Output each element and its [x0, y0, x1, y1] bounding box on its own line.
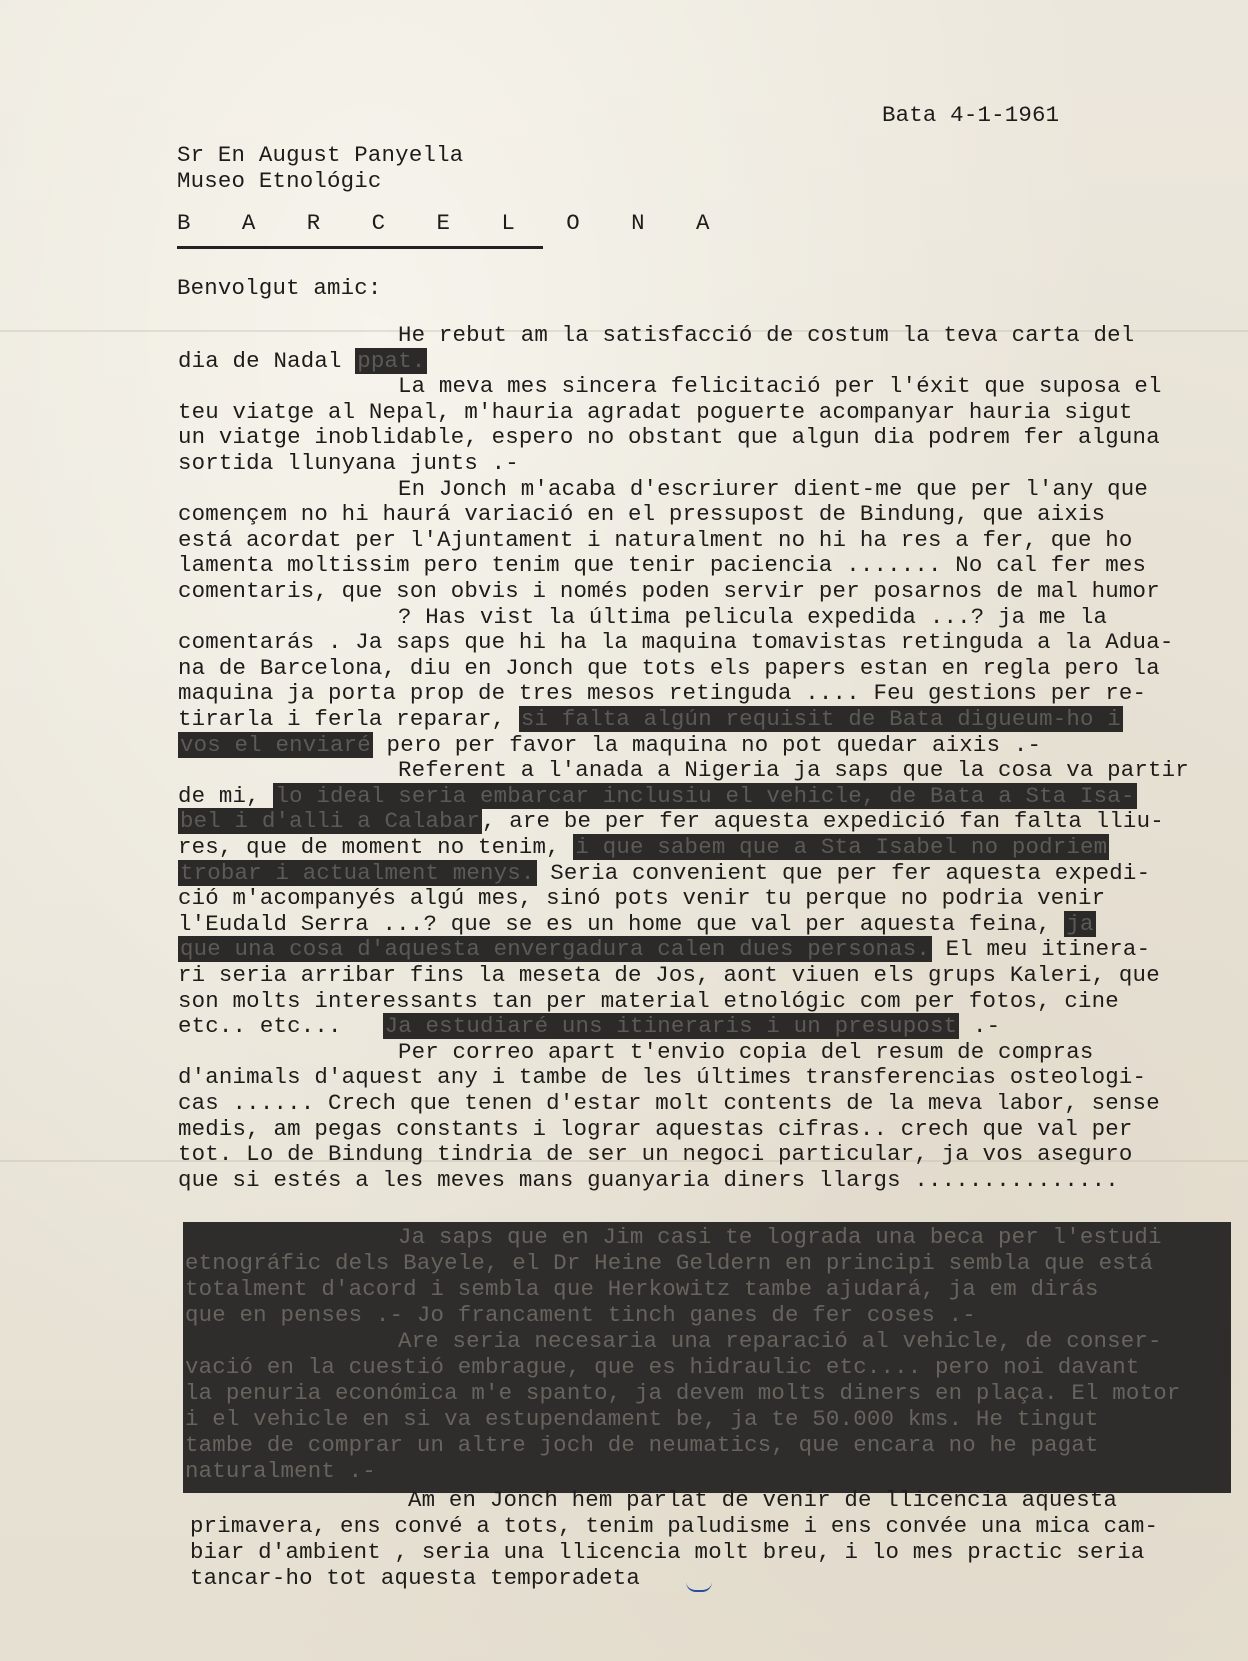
line-text: , are be per fer aquesta expedició fan f…	[482, 808, 1164, 834]
line-text: dia de Nadal	[178, 348, 355, 374]
closing-line: tancar-ho tot aquesta temporadeta	[190, 1565, 640, 1591]
closing-line: Am en Jonch hem parlat de venir de llice…	[408, 1487, 1117, 1513]
redacted-text: ja	[1064, 911, 1095, 937]
line-text: cas ...... Crech que tenen d'estar molt …	[178, 1090, 1160, 1116]
closing-line: primavera, ens convé a tots, tenim palud…	[190, 1513, 1158, 1539]
letter-line: ció m'acompanyés algú mes, sinó pots ven…	[178, 885, 1105, 911]
line-text: na de Barcelona, diu en Jonch que tots e…	[178, 655, 1160, 681]
line-text: ció m'acompanyés algú mes, sinó pots ven…	[178, 885, 1105, 911]
redacted-text: lo ideal seria embarcar inclusiu el vehi…	[273, 783, 1136, 809]
redacted-line: i el vehicle en si va estupendament be, …	[185, 1406, 1099, 1432]
letter-line: res, que de moment no tenim, i que sabem…	[178, 834, 1109, 860]
letter-line: ? Has vist la última pelicula expedida .…	[398, 604, 1107, 630]
letter-line: medis, am pegas constants i lograr aques…	[178, 1116, 1133, 1142]
line-text: tot. Lo de Bindung tindria de ser un neg…	[178, 1141, 1133, 1167]
letter-line: Per correo apart t'envio copia del resum…	[398, 1039, 1093, 1065]
line-text: comentaris, que son obvis i només poden …	[178, 578, 1160, 604]
letter-line: un viatge inoblidable, espero no obstant…	[178, 424, 1160, 450]
line-text: l'Eudald Serra ...? que se es un home qu…	[178, 911, 1064, 937]
letter-line: sortida llunyana junts .-	[178, 450, 519, 476]
letter-line: teu viatge al Nepal, m'hauria agradat po…	[178, 399, 1133, 425]
line-text: ri seria arribar fins la meseta de Jos, …	[178, 962, 1160, 988]
redacted-text: vos el enviaré	[178, 732, 373, 758]
letter-line: son molts interessants tan per material …	[178, 988, 1119, 1014]
redacted-line: totalment d'acord i sembla que Herkowitz…	[185, 1276, 1099, 1302]
redacted-text: trobar i actualment menys.	[178, 860, 537, 886]
line-text: que si estés a les meves mans guanyaria …	[178, 1167, 1119, 1193]
letter-line: que si estés a les meves mans guanyaria …	[178, 1167, 1119, 1193]
letter-line: d'animals d'aquest any i tambe de les úl…	[178, 1064, 1146, 1090]
redacted-text: Ja estudiaré uns itineraris i un presupo…	[383, 1013, 960, 1039]
line-text: medis, am pegas constants i lograr aques…	[178, 1116, 1133, 1142]
line-text: ? Has vist la última pelicula expedida .…	[398, 604, 1107, 630]
letter-line: que una cosa d'aquesta envergadura calen…	[178, 936, 1150, 962]
address-underline	[177, 246, 543, 249]
letter-line: comentaris, que son obvis i només poden …	[178, 578, 1160, 604]
line-text: un viatge inoblidable, espero no obstant…	[178, 424, 1160, 450]
letter-line: está acordat per l'Ajuntament i naturalm…	[178, 527, 1133, 553]
letter-line: de mi, lo ideal seria embarcar inclusiu …	[178, 783, 1137, 809]
line-text: He rebut am la satisfacció de costum la …	[398, 322, 1134, 348]
place-date: Bata 4-1-1961	[882, 102, 1059, 128]
redacted-line: naturalment .-	[185, 1458, 376, 1484]
letter-line: La meva mes sincera felicitació per l'éx…	[398, 373, 1162, 399]
recipient-name: Sr En August Panyella	[177, 142, 463, 168]
redacted-text: si falta algún requisit de Bata digueum-…	[519, 706, 1123, 732]
letter-line: ri seria arribar fins la meseta de Jos, …	[178, 962, 1160, 988]
line-text: son molts interessants tan per material …	[178, 988, 1119, 1014]
letter-line: l'Eudald Serra ...? que se es un home qu…	[178, 911, 1096, 937]
closing-line: biar d'ambient , seria una llicencia mol…	[190, 1539, 1145, 1565]
letter-line: maquina ja porta prop de tres mesos reti…	[178, 680, 1146, 706]
line-text: començem no hi haurá variació en el pres…	[178, 501, 1105, 527]
redacted-line: la penuria económica m'e spanto, ja deve…	[185, 1380, 1180, 1406]
letter-line: dia de Nadal ppat.	[178, 348, 427, 374]
line-text: maquina ja porta prop de tres mesos reti…	[178, 680, 1146, 706]
line-text: En Jonch m'acaba d'escriurer dient-me qu…	[398, 476, 1148, 502]
line-text: tirarla i ferla reparar,	[178, 706, 519, 732]
line-text: Seria convenient que per fer aquesta exp…	[537, 860, 1151, 886]
line-text: sortida llunyana junts .-	[178, 450, 519, 476]
redacted-text: que una cosa d'aquesta envergadura calen…	[178, 936, 932, 962]
line-text: está acordat per l'Ajuntament i naturalm…	[178, 527, 1133, 553]
line-text: El meu itinera-	[932, 936, 1150, 962]
line-text: .-	[959, 1013, 1000, 1039]
redacted-line: etnográfic dels Bayele, el Dr Heine Geld…	[185, 1250, 1153, 1276]
line-text: etc.. etc...	[178, 1013, 383, 1039]
line-text: de mi,	[178, 783, 273, 809]
line-text: res, que de moment no tenim,	[178, 834, 573, 860]
letter-line: començem no hi haurá variació en el pres…	[178, 501, 1105, 527]
redacted-text: bel i d'alli a Calabar	[178, 808, 482, 834]
redacted-text: ppat.	[355, 348, 427, 374]
line-text: Referent a l'anada a Nigeria ja saps que…	[398, 757, 1189, 783]
recipient-city: B A R C E L O N A	[177, 210, 728, 236]
letter-line: lamenta moltissim pero tenim que tenir p…	[178, 552, 1146, 578]
salutation: Benvolgut amic:	[177, 275, 382, 301]
letter-line: na de Barcelona, diu en Jonch que tots e…	[178, 655, 1160, 681]
line-text: pero per favor la maquina no pot quedar …	[373, 732, 1041, 758]
letter-line: vos el enviaré pero per favor la maquina…	[178, 732, 1041, 758]
redacted-line: vació en la cuestió embrague, que es hid…	[185, 1354, 1140, 1380]
letter-line: tot. Lo de Bindung tindria de ser un neg…	[178, 1141, 1133, 1167]
letter-line: En Jonch m'acaba d'escriurer dient-me qu…	[398, 476, 1148, 502]
redacted-line: Ja saps que en Jim casi te lograda una b…	[398, 1224, 1162, 1250]
line-text: d'animals d'aquest any i tambe de les úl…	[178, 1064, 1146, 1090]
redacted-line: que en penses .- Jo francament tinch gan…	[185, 1302, 976, 1328]
redacted-line: tambe de comprar un altre joch de neumat…	[185, 1432, 1099, 1458]
letter-line: etc.. etc... Ja estudiaré uns itineraris…	[178, 1013, 1000, 1039]
line-text: comentarás . Ja saps que hi ha la maquin…	[178, 629, 1173, 655]
letter-line: trobar i actualment menys. Seria conveni…	[178, 860, 1150, 886]
redacted-line: Are seria necesaria una reparació al veh…	[398, 1328, 1162, 1354]
recipient-institution: Museo Etnológic	[177, 168, 382, 194]
letter-line: He rebut am la satisfacció de costum la …	[398, 322, 1134, 348]
line-text: La meva mes sincera felicitació per l'éx…	[398, 373, 1162, 399]
letter-line: tirarla i ferla reparar, si falta algún …	[178, 706, 1123, 732]
letter-line: Referent a l'anada a Nigeria ja saps que…	[398, 757, 1189, 783]
letter-line: cas ...... Crech que tenen d'estar molt …	[178, 1090, 1160, 1116]
letter-line: bel i d'alli a Calabar, are be per fer a…	[178, 808, 1164, 834]
line-text: lamenta moltissim pero tenim que tenir p…	[178, 552, 1146, 578]
redacted-text: i que sabem que a Sta Isabel no podriem	[573, 834, 1109, 860]
line-text: Per correo apart t'envio copia del resum…	[398, 1039, 1093, 1065]
line-text: teu viatge al Nepal, m'hauria agradat po…	[178, 399, 1133, 425]
letter-line: comentarás . Ja saps que hi ha la maquin…	[178, 629, 1173, 655]
